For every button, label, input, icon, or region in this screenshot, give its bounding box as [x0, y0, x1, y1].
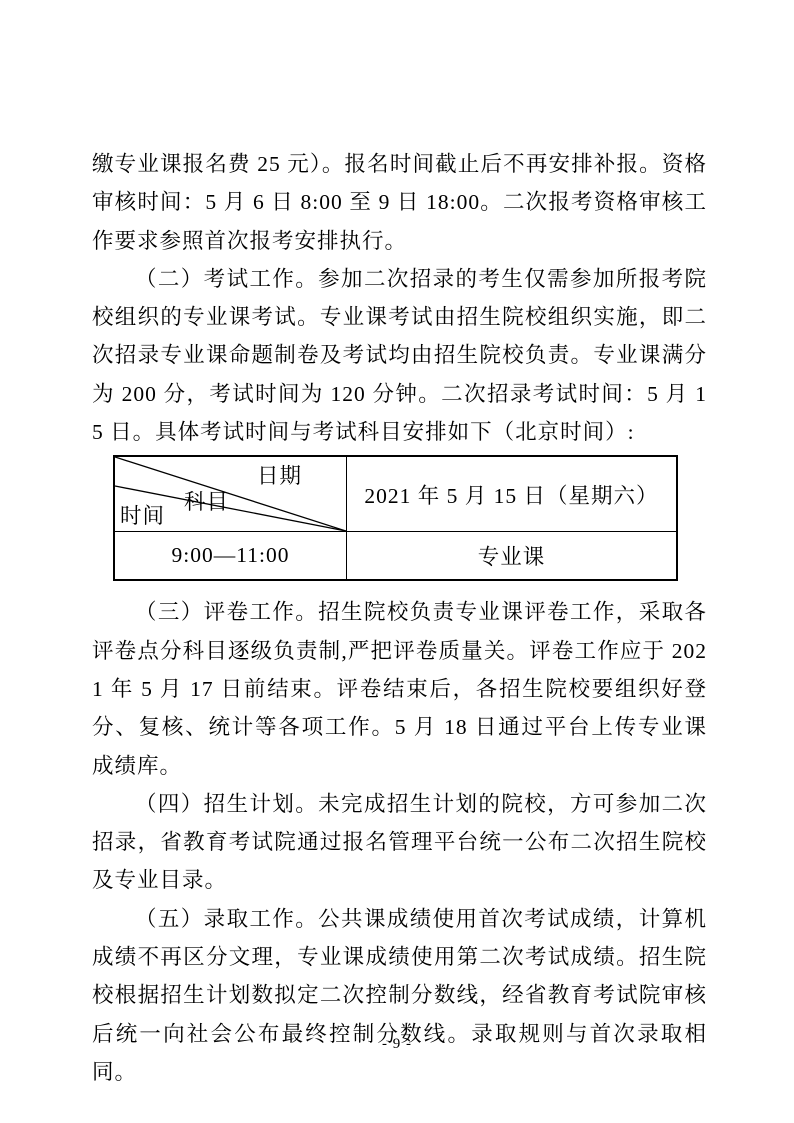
paragraph-enrollment-plan: （四）招生计划。未完成招生计划的院校，方可参加二次招录，省教育考试院通过报名管理…: [92, 785, 707, 900]
corner-label-subject: 科目: [184, 485, 229, 516]
document-body: 缴专业课报名费 25 元）。报名时间截止后不再安排补报。资格审核时间：5 月 6…: [92, 145, 707, 1091]
table-date-header-cell: 2021 年 5 月 15 日（星期六）: [347, 457, 676, 531]
table-header-row: 日期 科目 时间 2021 年 5 月 15 日（星期六）: [115, 457, 676, 531]
document-page: 缴专业课报名费 25 元）。报名时间截止后不再安排补报。资格审核时间：5 月 6…: [0, 0, 794, 1123]
paragraph-admission-work: （五）录取工作。公共课成绩使用首次考试成绩，计算机成绩不再区分文理，专业课成绩使…: [92, 900, 707, 1091]
paragraph-grading-work: （三）评卷工作。招生院校负责专业课评卷工作，采取各评卷点分科目逐级负责制,严把评…: [92, 593, 707, 784]
table-time-cell: 9:00—11:00: [115, 532, 347, 579]
table-corner-cell: 日期 科目 时间: [115, 457, 347, 531]
exam-schedule-table: 日期 科目 时间 2021 年 5 月 15 日（星期六） 9:00—11:00…: [113, 455, 678, 581]
corner-label-time: 时间: [120, 499, 165, 530]
table-row: 9:00—11:00 专业课: [115, 531, 676, 579]
page-number: - 9 -: [0, 1036, 794, 1053]
corner-label-date: 日期: [257, 459, 302, 490]
paragraph-registration-fee: 缴专业课报名费 25 元）。报名时间截止后不再安排补报。资格审核时间：5 月 6…: [92, 145, 707, 260]
table-subject-cell: 专业课: [347, 532, 676, 579]
paragraph-exam-work: （二）考试工作。参加二次招录的考生仅需参加所报考院校组织的专业课考试。专业课考试…: [92, 260, 707, 451]
